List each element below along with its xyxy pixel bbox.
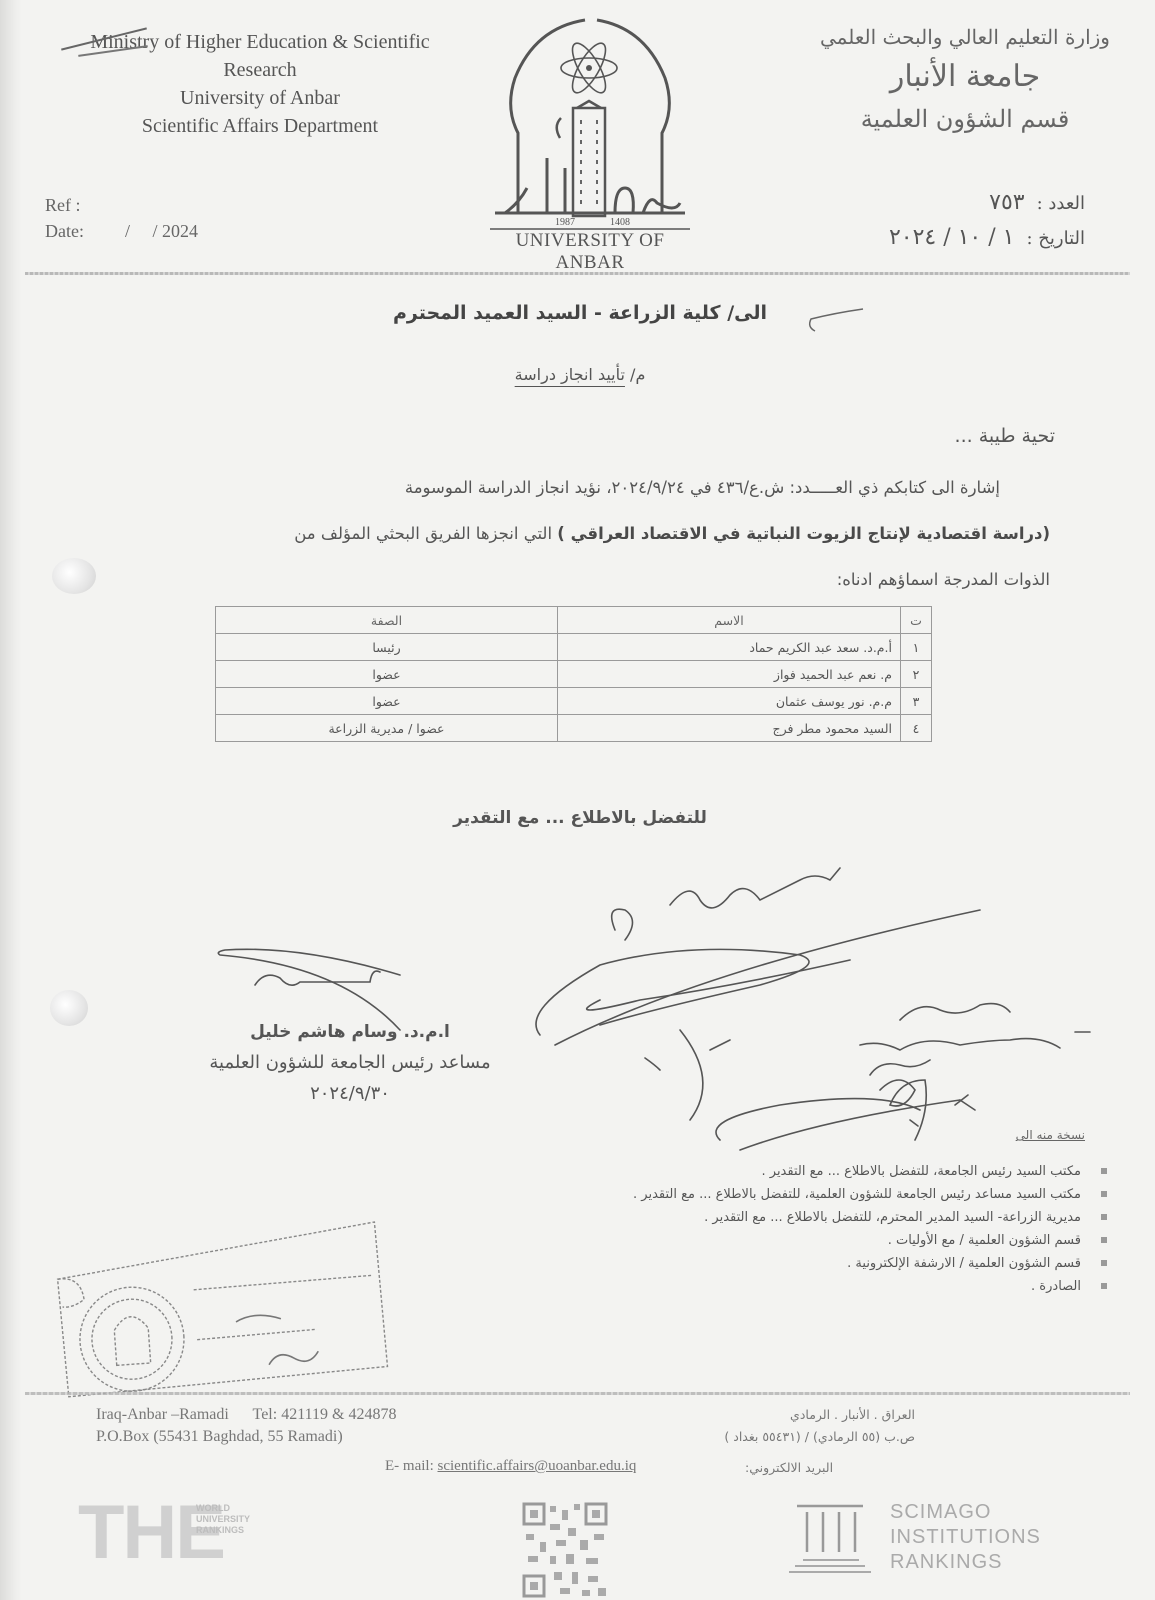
cc-item: قسم الشؤون العلمية / مع الأوليات .: [335, 1229, 1115, 1252]
punch-hole: [52, 558, 96, 594]
signatory-block: ا.م.د. وسام هاشم خليل مساعد رئيس الجامعة…: [150, 1017, 550, 1109]
university-emblem-icon: 1987 1408: [485, 8, 695, 233]
research-team-table: ت الاسم الصفة ١ أ.م.د. سعد عبد الكريم حم…: [215, 606, 932, 742]
footer-pobox-ar-line: ص.ب (٥٥ الرمادي) / (٥٥٤٣١ بغداد ): [724, 1426, 915, 1448]
department-name-ar: قسم الشؤون العلمية: [815, 100, 1115, 138]
table-row: ٤ السيد محمود مطر فرج عضوا / مديرية الزر…: [216, 715, 932, 742]
col-header-index: ت: [901, 607, 932, 634]
handwritten-signatures: [0, 840, 1155, 1170]
col-header-role: الصفة: [216, 607, 558, 634]
signatory-name: ا.م.د. وسام هاشم خليل: [150, 1017, 550, 1047]
the-rankings-logo: THE WORLD UNIVERSITY RANKINGS: [78, 1495, 278, 1575]
scimago-text: SCIMAGO INSTITUTIONS RANKINGS: [890, 1500, 1041, 1575]
scimago-logo-icon: [785, 1500, 875, 1580]
cc-item: مكتب السيد مساعد رئيس الجامعة للشؤون الع…: [335, 1183, 1115, 1206]
footer-email: E- mail: scientific.affairs@uoanbar.edu.…: [385, 1458, 636, 1475]
subject-prefix: م/: [630, 365, 645, 384]
member-role: عضوا: [216, 688, 558, 715]
paragraph-line: إشارة الى كتابكم ذي العـــــدد: ش.ع/٤٣٦ …: [135, 465, 1050, 511]
member-role: رئيسا: [216, 634, 558, 661]
member-role: عضوا / مديرية الزراعة: [216, 715, 558, 742]
signatory-title: مساعد رئيس الجامعة للشؤون العلمية: [150, 1047, 550, 1079]
ref-label: Ref :: [45, 192, 105, 218]
department-name-en: Scientific Affairs Department: [40, 112, 480, 140]
scan-page-edge: [0, 0, 22, 1600]
letter-paragraph: إشارة الى كتابكم ذي العـــــدد: ش.ع/٤٣٦ …: [135, 465, 1050, 603]
row-index: ١: [901, 634, 932, 661]
registry-stamp-icon: [50, 1217, 390, 1400]
subject-text: تأييد انجاز دراسة: [515, 365, 625, 384]
footer-address-ar-line: العراق . الأنبار . الرمادي: [724, 1404, 915, 1426]
email-label: E- mail:: [385, 1458, 434, 1474]
punch-hole: [50, 990, 88, 1026]
cc-item: الصادرة .: [335, 1275, 1115, 1298]
cc-item: قسم الشؤون العلمية / الارشفة الإلكترونية…: [335, 1252, 1115, 1275]
svg-text:1987: 1987: [555, 217, 575, 228]
letterhead-arabic: وزارة التعليم العالي والبحث العلمي جامعة…: [815, 20, 1115, 138]
ministry-line-2: Research: [40, 56, 480, 84]
ministry-name-ar: وزارة التعليم العالي والبحث العلمي: [815, 20, 1115, 54]
the-logo-text: WORLD UNIVERSITY RANKINGS: [196, 1503, 250, 1536]
svg-text:1408: 1408: [610, 217, 630, 228]
study-title: (دراسة اقتصادية لإنتاج الزيوت النباتية ف…: [557, 524, 1050, 543]
footer-address-en: Iraq-Anbar –Ramadi Tel: 421119 & 424878 …: [96, 1404, 396, 1448]
row-index: ٢: [901, 661, 932, 688]
cc-item: مكتب السيد رئيس الجامعة، للتفضل بالاطلاع…: [335, 1160, 1115, 1183]
cc-heading: نسخة منه الى: [1016, 1128, 1085, 1142]
member-name: السيد محمود مطر فرج: [558, 715, 901, 742]
addressee-line: الى/ كلية الزراعة - السيد العميد المحترم: [300, 302, 860, 324]
cc-list: مكتب السيد رئيس الجامعة، للتفضل بالاطلاع…: [335, 1160, 1115, 1298]
qr-code-icon[interactable]: [520, 1500, 610, 1600]
header-divider: [25, 272, 1130, 275]
table-row: ١ أ.م.د. سعد عبد الكريم حماد رئيسا: [216, 634, 932, 661]
footer-address-ar: العراق . الأنبار . الرمادي ص.ب (٥٥ الرما…: [724, 1404, 915, 1448]
footer-pobox-line: P.O.Box (55431 Baghdad, 55 Ramadi): [96, 1426, 396, 1448]
signature-date: ٢٠٢٤/٩/٣٠: [150, 1079, 550, 1109]
university-name-ar: جامعة الأنبار: [815, 54, 1115, 100]
col-header-name: الاسم: [558, 607, 901, 634]
cc-item: مديرية الزراعة- السيد المدير المحترم، لل…: [335, 1206, 1115, 1229]
number-label-ar: العدد :: [1037, 193, 1085, 214]
closing-line: للتفضل بالاطلاع ... مع التقدير: [300, 808, 860, 828]
date-value-ar: ١ / ١٠ / ٢٠٢٤: [889, 225, 1015, 250]
email-label-ar: البريد الالكتروني:: [745, 1460, 833, 1475]
date-value: / / 2024: [125, 221, 198, 241]
date-label-ar: التاريخ :: [1026, 228, 1085, 249]
member-role: عضوا: [216, 661, 558, 688]
member-name: م.م. نور يوسف عثمان: [558, 688, 901, 715]
number-value-ar: ٧٥٣: [989, 190, 1024, 215]
pen-stroke-mark: [805, 305, 865, 335]
footer-divider: [25, 1392, 1130, 1395]
ref-date-block: Ref : Date:/ / 2024: [45, 192, 198, 244]
letterhead-english: Ministry of Higher Education & Scientifi…: [40, 28, 480, 140]
row-index: ٤: [901, 715, 932, 742]
paragraph-line: (دراسة اقتصادية لإنتاج الزيوت النباتية ف…: [135, 511, 1050, 557]
footer-address-line: Iraq-Anbar –Ramadi Tel: 421119 & 424878: [96, 1404, 396, 1426]
greeting: تحية طيبة ...: [955, 425, 1055, 447]
paragraph-line: الذوات المدرجة اسماؤهم ادناه:: [135, 557, 1050, 603]
subject-line: م/ تأييد انجاز دراسة: [300, 365, 860, 384]
table-header-row: ت الاسم الصفة: [216, 607, 932, 634]
university-logo: 1987 1408 UNIVERSITY OF ANBAR: [485, 8, 695, 258]
member-name: م. نعم عبد الحميد فواز: [558, 661, 901, 688]
row-index: ٣: [901, 688, 932, 715]
paragraph-line-rest: التي انجزها الفريق البحثي المؤلف من: [294, 524, 557, 543]
email-link[interactable]: scientific.affairs@uoanbar.edu.iq: [438, 1458, 637, 1474]
member-name: أ.م.د. سعد عبد الكريم حماد: [558, 634, 901, 661]
table-row: ٣ م.م. نور يوسف عثمان عضوا: [216, 688, 932, 715]
university-name-en: University of Anbar: [40, 84, 480, 112]
date-label: Date:: [45, 218, 105, 244]
table-row: ٢ م. نعم عبد الحميد فواز عضوا: [216, 661, 932, 688]
university-logo-caption: UNIVERSITY OF ANBAR: [485, 230, 695, 274]
number-date-ar-block: العدد :٧٥٣ التاريخ :١ / ١٠ / ٢٠٢٤: [825, 186, 1085, 256]
